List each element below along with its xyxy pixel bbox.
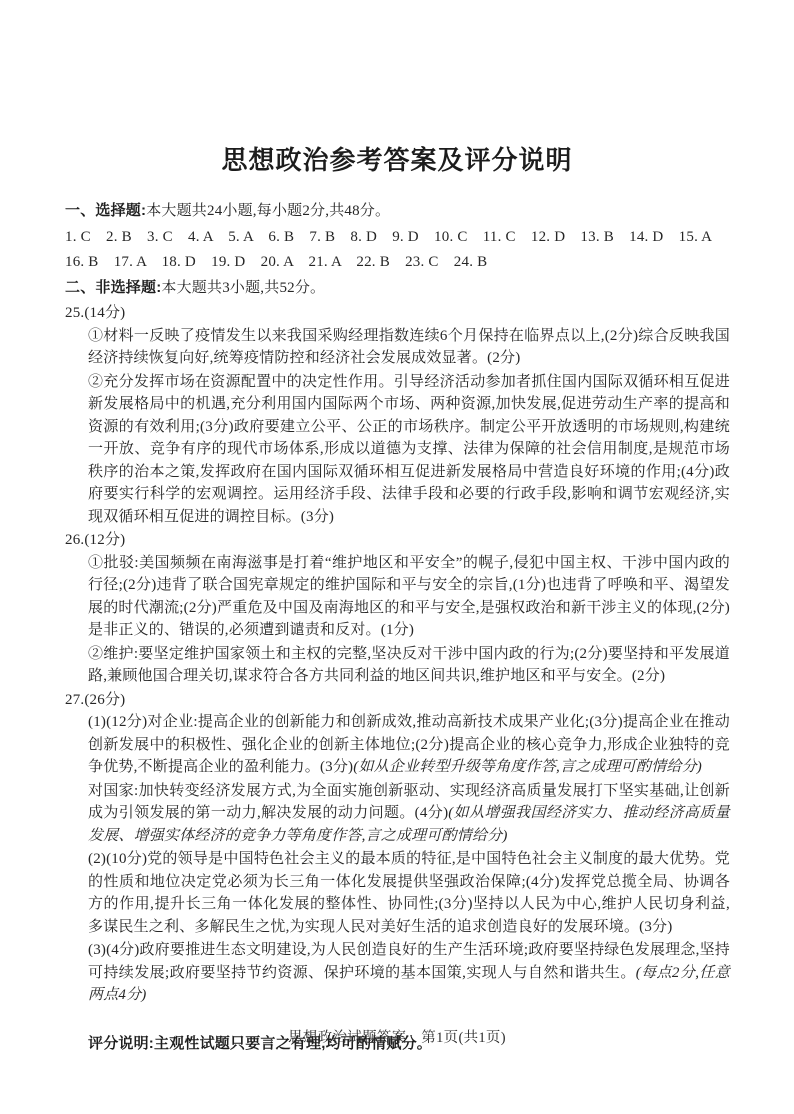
nonchoice-section-heading: 二、非选择题:本大题共3小题,共52分。 <box>65 277 730 300</box>
question-25-number: 25.(14分) <box>65 302 730 325</box>
choice-section-heading: 一、选择题:本大题共24小题,每小题2分,共48分。 <box>65 200 730 223</box>
choice-section-heading-desc: 本大题共24小题,每小题2分,共48分。 <box>146 203 390 219</box>
page-footer: 思想政治试题答案 第1页(共1页) <box>0 1026 794 1047</box>
question-27-part-3-main: (3)(4分)政府要推进生态文明建设,为人民创造良好的生产生活环境;政府要坚持绿… <box>88 942 730 981</box>
nonchoice-section-heading-label: 二、非选择题: <box>65 279 161 296</box>
choice-answers-row-2: 16. B 17. A 18. D 19. D 20. A 21. A 22. … <box>65 251 730 274</box>
question-26-point-2: ②维护:要坚定维护国家领土和主权的完整,坚决反对干涉中国内政的行为;(2分)要坚… <box>65 643 730 688</box>
question-26-number: 26.(12分) <box>65 529 730 552</box>
question-25-point-1: ①材料一反映了疫情发生以来我国采购经理指数连续6个月保持在临界点以上,(2分)综… <box>65 325 730 370</box>
nonchoice-section-heading-desc: 本大题共3小题,共52分。 <box>161 280 325 296</box>
question-27-part-1-enterprise: (1)(12分)对企业:提高企业的创新能力和创新成效,推动高新技术成果产业化;(… <box>65 711 730 779</box>
question-26-point-1: ①批驳:美国频频在南海滋事是打着“维护地区和平安全”的幌子,侵犯中国主权、干涉中… <box>65 552 730 642</box>
answer-key-document-page: 思想政治参考答案及评分说明 一、选择题:本大题共24小题,每小题2分,共48分。… <box>0 0 794 1114</box>
question-27-answer: 27.(26分) (1)(12分)对企业:提高企业的创新能力和创新成效,推动高新… <box>65 689 730 1007</box>
question-25-answer: 25.(14分) ①材料一反映了疫情发生以来我国采购经理指数连续6个月保持在临界… <box>65 302 730 528</box>
document-body: 一、选择题:本大题共24小题,每小题2分,共48分。 1. C 2. B 3. … <box>65 200 730 1055</box>
question-27-part-2: (2)(10分)党的领导是中国特色社会主义的最本质的特征,是中国特色社会主义制度… <box>65 848 730 938</box>
question-27-part-1-state: 对国家:加快转变经济发展方式,为全面实施创新驱动、实现经济高质量发展打下坚实基础… <box>65 780 730 848</box>
page-title: 思想政治参考答案及评分说明 <box>0 0 794 176</box>
question-27-number: 27.(26分) <box>65 689 730 712</box>
question-26-answer: 26.(12分) ①批驳:美国频频在南海滋事是打着“维护地区和平安全”的幌子,侵… <box>65 529 730 688</box>
question-27-part-3: (3)(4分)政府要推进生态文明建设,为人民创造良好的生产生活环境;政府要坚持绿… <box>65 939 730 1007</box>
question-25-point-2: ②充分发挥市场在资源配置中的决定性作用。引导经济活动参加者抓住国内国际双循环相互… <box>65 371 730 529</box>
question-27-part-1-note: (如从企业转型升级等角度作答,言之成理可酌情给分) <box>353 759 702 775</box>
choice-section-heading-label: 一、选择题: <box>65 202 146 219</box>
choice-answers-row-1: 1. C 2. B 3. C 4. A 5. A 6. B 7. B 8. D … <box>65 226 730 249</box>
